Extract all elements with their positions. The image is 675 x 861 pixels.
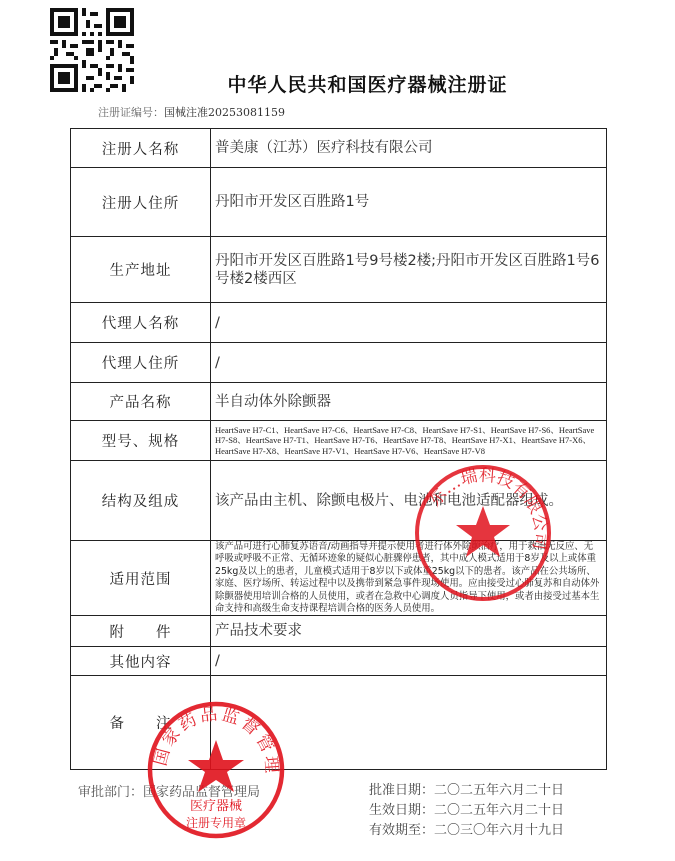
- certificate-title: 中华人民共和国医疗器械注册证: [0, 70, 675, 97]
- table-row-model-spec: 型号、规格 HeartSave H7-C1、HeartSave H7-C6、He…: [71, 421, 607, 461]
- field-label: 备 注: [71, 676, 211, 770]
- field-label: 附 件: [71, 616, 211, 647]
- field-value: /: [211, 303, 607, 343]
- table-row-product-name: 产品名称 半自动体外除颤器: [71, 383, 607, 421]
- field-value: [211, 676, 607, 770]
- date-block: 批准日期：二〇二五年六月二十日 生效日期：二〇二五年六月二十日 有效期至：二〇三…: [369, 781, 564, 841]
- field-label: 适用范围: [71, 541, 211, 616]
- field-value: 该产品由主机、除颤电极片、电池和电池适配器组成。: [211, 461, 607, 541]
- field-label: 代理人名称: [71, 303, 211, 343]
- approval-date: 批准日期：二〇二五年六月二十日: [369, 781, 564, 801]
- field-label: 代理人住所: [71, 343, 211, 383]
- certificate-table: 注册人名称 普美康（江苏）医疗科技有限公司 注册人住所 丹阳市开发区百胜路1号 …: [70, 128, 607, 770]
- field-label: 注册人住所: [71, 168, 211, 237]
- field-label: 生产地址: [71, 237, 211, 303]
- field-value: 丹阳市开发区百胜路1号9号楼2楼;丹阳市开发区百胜路1号6号楼2楼西区: [211, 237, 607, 303]
- table-row-registrant-name: 注册人名称 普美康（江苏）医疗科技有限公司: [71, 129, 607, 168]
- table-row-other: 其他内容 /: [71, 647, 607, 676]
- table-row-registrant-address: 注册人住所 丹阳市开发区百胜路1号: [71, 168, 607, 237]
- table-row-scope: 适用范围 该产品可进行心肺复苏语音/动画指导并提示使用者进行体外除颤治疗，用于救…: [71, 541, 607, 616]
- field-value: 该产品可进行心肺复苏语音/动画指导并提示使用者进行体外除颤治疗，用于救治无反应、…: [211, 541, 607, 616]
- approval-date-label: 批准日期：: [369, 783, 434, 798]
- field-value: 丹阳市开发区百胜路1号: [211, 168, 607, 237]
- field-value: 半自动体外除颤器: [211, 383, 607, 421]
- field-value: /: [211, 647, 607, 676]
- field-value: HeartSave H7-C1、HeartSave H7-C6、HeartSav…: [211, 421, 607, 461]
- expiry-date-label: 有效期至：: [369, 823, 434, 838]
- table-row-attachment: 附 件 产品技术要求: [71, 616, 607, 647]
- table-row-remarks: 备 注: [71, 676, 607, 770]
- table-row-production-address: 生产地址 丹阳市开发区百胜路1号9号楼2楼;丹阳市开发区百胜路1号6号楼2楼西区: [71, 237, 607, 303]
- field-label: 注册人名称: [71, 129, 211, 168]
- approval-department-value: 国家药品监督管理局: [143, 785, 260, 800]
- approval-department-label: 审批部门：: [78, 785, 143, 800]
- registration-number-label: 注册证编号：: [98, 106, 164, 119]
- field-label: 产品名称: [71, 383, 211, 421]
- table-row-structure: 结构及组成 该产品由主机、除颤电极片、电池和电池适配器组成。: [71, 461, 607, 541]
- effective-date: 生效日期：二〇二五年六月二十日: [369, 801, 564, 821]
- field-label: 型号、规格: [71, 421, 211, 461]
- approval-department: 审批部门：国家药品监督管理局: [78, 781, 260, 800]
- effective-date-value: 二〇二五年六月二十日: [434, 803, 564, 818]
- effective-date-label: 生效日期：: [369, 803, 434, 818]
- expiry-date-value: 二〇三〇年六月十九日: [434, 823, 564, 838]
- registration-number: 注册证编号：国械注准20253081159: [98, 104, 285, 120]
- field-value: 普美康（江苏）医疗科技有限公司: [211, 129, 607, 168]
- table-row-agent-name: 代理人名称 /: [71, 303, 607, 343]
- field-label: 结构及组成: [71, 461, 211, 541]
- official-seal-line1: 医疗器械: [190, 798, 242, 814]
- official-seal-line2: 注册专用章: [186, 815, 246, 830]
- expiry-date: 有效期至：二〇三〇年六月十九日: [369, 821, 564, 841]
- table-row-agent-address: 代理人住所 /: [71, 343, 607, 383]
- field-label: 其他内容: [71, 647, 211, 676]
- field-value: 产品技术要求: [211, 616, 607, 647]
- registration-number-value: 国械注准20253081159: [164, 106, 285, 119]
- field-value: /: [211, 343, 607, 383]
- approval-date-value: 二〇二五年六月二十日: [434, 783, 564, 798]
